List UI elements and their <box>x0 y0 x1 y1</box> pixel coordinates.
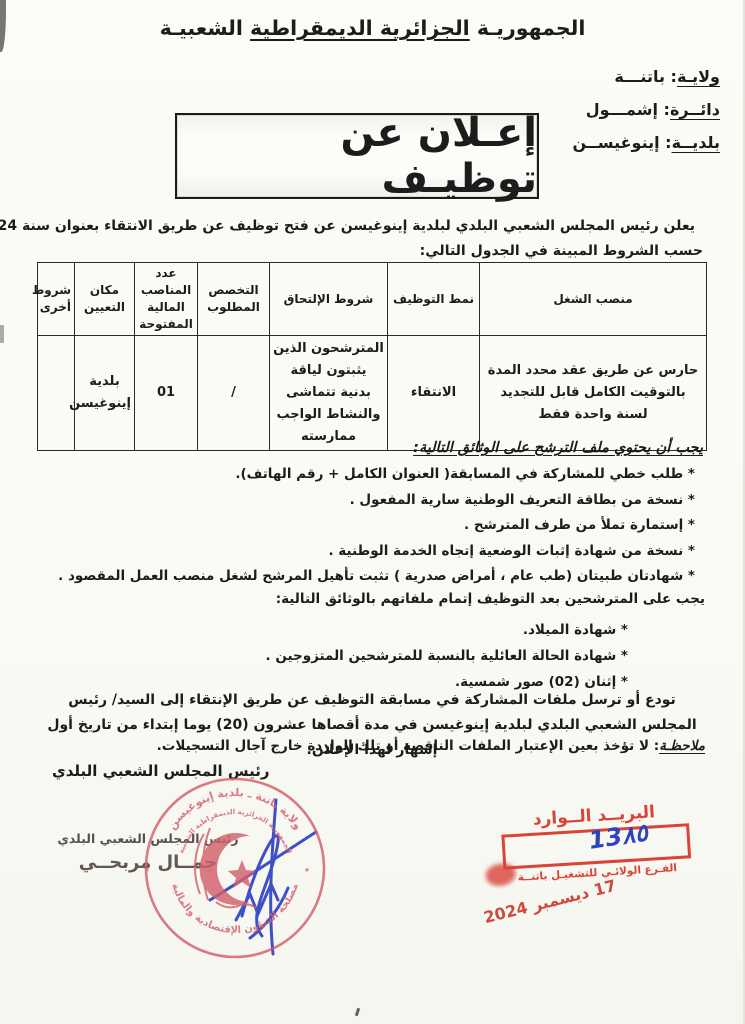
col-other-conditions: شروط أخرى <box>38 263 75 336</box>
doc-item: شهادتان طبيتان (طب عام ، أمراض صدرية ) ت… <box>58 564 695 590</box>
job-conditions-table: منصب الشغل نمط التوظيف شروط الإلتحاق الت… <box>37 262 707 451</box>
announcement-title: إعـلان عن توظيـف <box>177 110 537 202</box>
daira-label: دائــرة <box>670 100 720 119</box>
region-info: ولايـة: باتنـــة دائــرة: إشمـــول بلديـ… <box>572 60 720 159</box>
wilaya-label: ولايـة <box>677 67 720 86</box>
post-docs-list: شهادة الميلاد. شهادة الحالة العائلية بال… <box>266 617 628 695</box>
intro-paragraph: يعلن رئيس المجلس الشعبي البلدي لبلدية إي… <box>41 214 703 264</box>
republic-title-underlined: الجزائرية الديمقراطية <box>250 16 470 40</box>
republic-title: الجمهوريـة الجزائرية الديمقراطية الشعبيـ… <box>0 16 745 40</box>
cell-appointment-place: بلدية إينوغيسن <box>75 336 135 451</box>
doc-item: نسخة من بطاقة التعريف الوطنية سارية المف… <box>58 488 695 514</box>
daira-line: دائــرة: إشمـــول <box>572 93 720 126</box>
scan-edge-artifact <box>0 325 4 343</box>
colon: : <box>658 100 670 119</box>
svg-text:مصلحة الشؤون الإقتصادية والمال: مصلحة الشؤون الإقتصادية والمالية <box>169 882 301 936</box>
col-recruitment-mode: نمط التوظيف <box>388 263 480 336</box>
republic-title-post: الشعبيـة <box>160 16 250 40</box>
note-line: ملاحظـة: لا تؤخذ بعين الإعتبار الملفات ا… <box>157 738 705 754</box>
cell-recruitment-mode: الانتقاء <box>388 336 480 451</box>
table-row: حارس عن طريق عقد محدد المدة بالتوقيت الك… <box>38 336 707 451</box>
docs-heading: يجب أن يحتوي ملف الترشح على الوثائق التا… <box>413 440 703 456</box>
commune-line: بلديــة: إينوغيســن <box>572 126 720 159</box>
colon: : <box>660 133 672 152</box>
col-required-specialty: التخصص المطلوب <box>198 263 270 336</box>
scan-speck-artifact <box>355 1008 360 1017</box>
intro-line2: حسب الشروط المبينة في الجدول التالي: <box>41 239 703 264</box>
stamp-star-separator-left: ٭ <box>144 863 150 876</box>
doc-item: نسخة من شهادة إثبات الوضعية إتجاه الخدمة… <box>58 539 695 565</box>
docs-list: طلب خطي للمشاركة في المسابقة( العنوان ال… <box>58 462 695 590</box>
note-label: ملاحظـة <box>659 738 705 754</box>
cell-joining-conditions: المترشحون الذين يثبتون لياقة بدنية تتماش… <box>270 336 388 451</box>
colon: : <box>665 67 677 86</box>
table-header-row: منصب الشغل نمط التوظيف شروط الإلتحاق الت… <box>38 263 707 336</box>
announcement-frame: إعـلان عن توظيـف <box>175 113 539 199</box>
doc-item: طلب خطي للمشاركة في المسابقة( العنوان ال… <box>58 462 695 488</box>
wilaya-line: ولايـة: باتنـــة <box>572 60 720 93</box>
doc-item: شهادة الميلاد. <box>266 617 628 643</box>
intro-line1: يعلن رئيس المجلس الشعبي البلدي لبلدية إي… <box>41 214 703 239</box>
stamp-crescent-star-emblem <box>195 828 256 908</box>
post-recruitment-heading: يجب على المترشحين بعد التوظيف إتمام ملفا… <box>276 591 705 607</box>
stamp-inner-top-text: الجمهورية الجزائرية الديمقراطية الشعبية <box>177 808 293 855</box>
note-text: : لا تؤخذ بعين الإعتبار الملفات الناقصة … <box>157 738 659 754</box>
scanned-document-page: { "colors": { "ink": "#1c1c1c", "round_s… <box>0 0 745 1024</box>
stamp-star-separator-right: ٭ <box>304 863 310 876</box>
col-joining-conditions: شروط الإلتحاق <box>270 263 388 336</box>
daira-value: إشمـــول <box>586 100 658 119</box>
commune-label: بلديــة <box>672 133 720 152</box>
incoming-mail-stamp: البريــد الــوارد 13٨٥ الفـرع الولائـي ل… <box>476 799 715 886</box>
svg-text:الجمهورية الجزائرية الديمقراطي: الجمهورية الجزائرية الديمقراطية الشعبية <box>177 808 293 855</box>
wilaya-value: باتنـــة <box>614 67 665 86</box>
cell-open-positions: 01 <box>135 336 198 451</box>
col-open-positions: عدد المناصب المالية المفتوحة <box>135 263 198 336</box>
col-job-title: منصب الشغل <box>480 263 707 336</box>
cell-job-title: حارس عن طريق عقد محدد المدة بالتوقيت الك… <box>480 336 707 451</box>
scan-edge-artifact <box>0 0 6 52</box>
col-appointment-place: مكان التعيين <box>75 263 135 336</box>
cell-required-specialty: / <box>198 336 270 451</box>
commune-value: إينوغيســن <box>572 133 659 152</box>
stamp-bottom-text: مصلحة الشؤون الإقتصادية والمالية <box>169 882 301 936</box>
doc-item: إستمارة تملأ من طرف المترشح . <box>58 513 695 539</box>
doc-item: شهادة الحالة العائلية بالنسبة للمترشحين … <box>266 643 628 669</box>
round-municipal-stamp: ولاية باتنة ـ بلدية إينوغيسن الجمهورية ا… <box>138 774 333 964</box>
republic-title-pre: الجمهوريـة <box>470 16 586 40</box>
